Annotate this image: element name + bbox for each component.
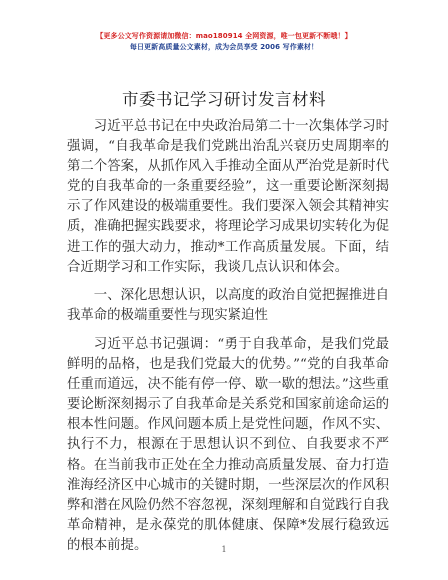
promo-banner-line-1: 【更多公文写作资源请加微信：mao180914 全网资源，唯一包更新不断哦！】: [0, 31, 448, 41]
document-page: 【更多公文写作资源请加微信：mao180914 全网资源，唯一包更新不断哦！】 …: [0, 0, 448, 580]
paragraph-section-1: 习近平总书记强调：“勇于自我革命，是我们党最鲜明的品格，也是我们党最大的优势。”…: [67, 335, 389, 556]
document-title: 市委书记学习研讨发言材料: [0, 86, 448, 110]
promo-banner-line-2: 每日更新高质量公文素材，成为会员享受 2006 写作素材！: [0, 42, 448, 52]
document-body: 习近平总书记在中央政治局第二十一次集体学习时强调，“自我革命是我们党跳出治乱兴衰…: [67, 117, 389, 564]
paragraph-intro: 习近平总书记在中央政治局第二十一次集体学习时强调，“自我革命是我们党跳出治乱兴衰…: [67, 117, 389, 278]
section-heading-1: 一、深化思想认识，以高度的政治自觉把握推进自我革命的极端重要性与现实紧迫性: [67, 286, 389, 326]
page-number: 1: [0, 545, 448, 554]
